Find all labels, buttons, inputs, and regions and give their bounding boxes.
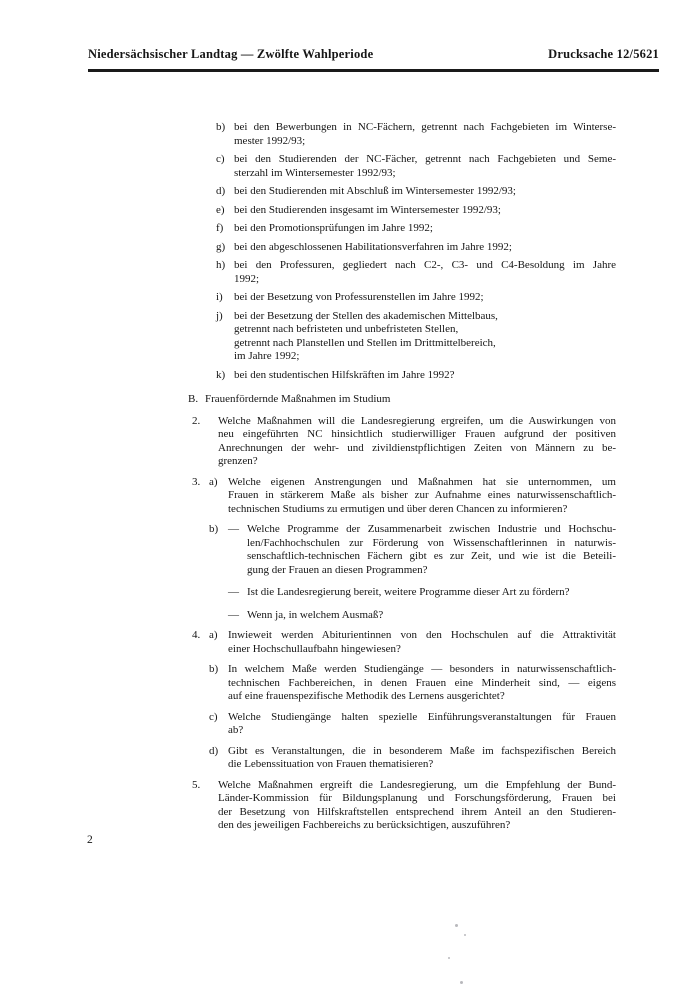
paragraph: bei der Besetzung von Professurenstellen… [234, 291, 616, 305]
question-item: 2.Welche Maßnahmen will die Landesregier… [192, 415, 616, 469]
text-line: Welche eigenen Anstrengungen und Maßnahm… [228, 476, 616, 490]
text-line: In welchem Maße werden Studiengänge — be… [228, 663, 616, 677]
header-left-title: Niedersächsischer Landtag — Zwölfte Wahl… [88, 47, 373, 62]
item-label: h) [216, 259, 234, 286]
question-number [192, 523, 209, 622]
text-line: Länder-Kommission für Bildungsplanung un… [218, 792, 616, 806]
document-page: Niedersächsischer Landtag — Zwölfte Wahl… [0, 0, 700, 990]
text-line: getrennt nach Planstellen und Stellen im… [234, 337, 616, 351]
paragraph: bei den studentischen Hilfskräften im Ja… [234, 369, 616, 383]
paragraph: bei den Promotionsprüfungen im Jahre 199… [234, 222, 616, 236]
question-subitem: d)Gibt es Veranstaltungen, die in besond… [192, 745, 616, 772]
paragraph: bei den Studierenden der NC-Fächer, getr… [234, 153, 616, 180]
dash-item: —Welche Programme der Zusammenarbeit zwi… [228, 523, 616, 577]
question-number: 5. [192, 779, 218, 833]
text-line: 1992; [234, 273, 616, 287]
paragraph: bei den Bewerbungen in NC-Fächern, getre… [234, 121, 616, 148]
paragraph: Inwieweit werden Abiturientinnen von den… [228, 629, 616, 656]
text-line: len/Fachhochschulen zur Förderung von Wi… [247, 537, 616, 551]
text-line: Wenn ja, in welchem Ausmaß? [247, 609, 616, 623]
text-line: bei den studentischen Hilfskräften im Ja… [234, 369, 616, 383]
item-label: j) [216, 310, 234, 364]
lettered-item: j)bei der Besetzung der Stellen des akad… [216, 310, 616, 364]
question-number [192, 745, 209, 772]
dash-list: —Welche Programme der Zusammenarbeit zwi… [228, 523, 616, 622]
text-line: Ist die Landesregierung bereit, weitere … [247, 586, 616, 600]
lettered-item: k)bei den studentischen Hilfskräften im … [216, 369, 616, 383]
lettered-list: b)bei den Bewerbungen in NC-Fächern, get… [188, 121, 616, 382]
question-subitem: b)In welchem Maße werden Studiengänge — … [192, 663, 616, 704]
question-subitem: 4.a)Inwieweit werden Abiturientinnen von… [192, 629, 616, 656]
paragraph: Gibt es Veranstaltungen, die in besonder… [228, 745, 616, 772]
dash-glyph: — [228, 609, 247, 623]
question-subitem: b)—Welche Programme der Zusammenarbeit z… [192, 523, 616, 622]
question-number: 4. [192, 629, 209, 656]
paragraph: Welche Maßnahmen will die Landesregierun… [218, 415, 616, 469]
question-subitem: 3.a)Welche eigenen Anstrengungen und Maß… [192, 476, 616, 517]
question-number: 3. [192, 476, 209, 517]
paragraph: Welche Studiengänge halten spezielle Ein… [228, 711, 616, 738]
dash-glyph: — [228, 523, 247, 577]
text-line: gung der Frauen an diesen Programmen? [247, 564, 616, 578]
text-line: bei der Besetzung der Stellen des akadem… [234, 310, 616, 324]
scan-artifact [464, 934, 466, 936]
text-line: bei den abgeschlossenen Habilitationsver… [234, 241, 616, 255]
question-subitem: c)Welche Studiengänge halten spezielle E… [192, 711, 616, 738]
text-line: senschaftlich-technischen Fächern gibt e… [247, 550, 616, 564]
subitem-label: d) [209, 745, 228, 772]
text-line: grenzen? [218, 455, 616, 469]
text-line: technischen Fachbereichen, in denen Frau… [228, 677, 616, 691]
text-line: Welche Programme der Zusammenarbeit zwis… [247, 523, 616, 537]
text-line: technischen Studiums zu ermutigen und üb… [228, 503, 616, 517]
dash-item: —Wenn ja, in welchem Ausmaß? [228, 609, 616, 623]
text-line: bei den Studierenden der NC-Fächer, getr… [234, 153, 616, 167]
text-line: bei der Besetzung von Professurenstellen… [234, 291, 616, 305]
text-line: bei den Bewerbungen in NC-Fächern, getre… [234, 121, 616, 135]
text-line: Welche Maßnahmen ergreift die Landesregi… [218, 779, 616, 793]
text-line: mester 1992/93; [234, 135, 616, 149]
page-header: Niedersächsischer Landtag — Zwölfte Wahl… [88, 47, 659, 62]
text-line: Welche Studiengänge halten spezielle Ein… [228, 711, 616, 725]
paragraph: In welchem Maße werden Studiengänge — be… [228, 663, 616, 704]
header-right-docnumber: Drucksache 12/5621 [548, 47, 659, 62]
paragraph: Welche Maßnahmen ergreift die Landesregi… [218, 779, 616, 833]
text-line: Frauen in stärkerem Maße als bisher zur … [228, 489, 616, 503]
paragraph: bei den Professuren, gegliedert nach C2-… [234, 259, 616, 286]
item-label: d) [216, 185, 234, 199]
text-line: neu eingeführten NC hinsichtlich studier… [218, 428, 616, 442]
text-line: Inwieweit werden Abiturientinnen von den… [228, 629, 616, 643]
item-label: e) [216, 204, 234, 218]
paragraph: bei den abgeschlossenen Habilitationsver… [234, 241, 616, 255]
lettered-item: h)bei den Professuren, gegliedert nach C… [216, 259, 616, 286]
text-line: ab? [228, 724, 616, 738]
text-line: einer Hochschullaufbahn hingewiesen? [228, 643, 616, 657]
text-line: bei den Studierenden insgesamt im Winter… [234, 204, 616, 218]
item-label: b) [216, 121, 234, 148]
scan-artifact [448, 957, 450, 959]
text-line: die Lebenssituation von Frauen thematisi… [228, 758, 616, 772]
text-line: Welche Maßnahmen will die Landesregierun… [218, 415, 616, 429]
question-list: 2.Welche Maßnahmen will die Landesregier… [188, 415, 616, 833]
scan-artifact [455, 924, 458, 927]
text-line: bei den Studierenden mit Abschluß im Win… [234, 185, 616, 199]
section-b-heading: B. Frauenfördernde Maßnahmen im Studium [188, 393, 616, 407]
subitem-label: c) [209, 711, 228, 738]
paragraph: bei den Studierenden insgesamt im Winter… [234, 204, 616, 218]
paragraph: Welche eigenen Anstrengungen und Maßnahm… [228, 476, 616, 517]
section-b-title: Frauenfördernde Maßnahmen im Studium [205, 393, 390, 407]
lettered-item: g)bei den abgeschlossenen Habilitationsv… [216, 241, 616, 255]
item-label: k) [216, 369, 234, 383]
text-line: den des jeweiligen Fachbereichs zu berüc… [218, 819, 616, 833]
item-label: c) [216, 153, 234, 180]
question-number [192, 711, 209, 738]
text-line: bei den Promotionsprüfungen im Jahre 199… [234, 222, 616, 236]
question-item: 5.Welche Maßnahmen ergreift die Landesre… [192, 779, 616, 833]
paragraph: Ist die Landesregierung bereit, weitere … [247, 586, 616, 600]
text-line: der Besetzung von Hilfskraftstellen ents… [218, 806, 616, 820]
question-number [192, 663, 209, 704]
header-rule [88, 69, 659, 72]
lettered-item: e)bei den Studierenden insgesamt im Wint… [216, 204, 616, 218]
section-b-label: B. [188, 393, 205, 407]
text-line: getrennt nach befristeten und unbefriste… [234, 323, 616, 337]
text-line: bei den Professuren, gegliedert nach C2-… [234, 259, 616, 273]
page-number: 2 [87, 834, 93, 846]
text-line: auf eine frauenspezifische Methodik des … [228, 690, 616, 704]
lettered-item: d)bei den Studierenden mit Abschluß im W… [216, 185, 616, 199]
paragraph: bei den Studierenden mit Abschluß im Win… [234, 185, 616, 199]
subitem-label: a) [209, 629, 228, 656]
text-line: Gibt es Veranstaltungen, die in besonder… [228, 745, 616, 759]
lettered-item: c)bei den Studierenden der NC-Fächer, ge… [216, 153, 616, 180]
item-label: f) [216, 222, 234, 236]
question-number: 2. [192, 415, 218, 469]
subitem-label: b) [209, 663, 228, 704]
item-label: g) [216, 241, 234, 255]
text-line: im Jahre 1992; [234, 350, 616, 364]
paragraph: Welche Programme der Zusammenarbeit zwis… [247, 523, 616, 577]
lettered-item: i)bei der Besetzung von Professurenstell… [216, 291, 616, 305]
dash-glyph: — [228, 586, 247, 600]
item-label: i) [216, 291, 234, 305]
paragraph: bei der Besetzung der Stellen des akadem… [234, 310, 616, 364]
subitem-label: b) [209, 523, 228, 622]
document-content: b)bei den Bewerbungen in NC-Fächern, get… [188, 121, 616, 840]
text-line: Anrechnungen der wehr- und zivildienstpf… [218, 442, 616, 456]
text-line: sterzahl im Wintersemester 1992/93; [234, 167, 616, 181]
subitem-label: a) [209, 476, 228, 517]
paragraph: Wenn ja, in welchem Ausmaß? [247, 609, 616, 623]
lettered-item: b)bei den Bewerbungen in NC-Fächern, get… [216, 121, 616, 148]
lettered-item: f)bei den Promotionsprüfungen im Jahre 1… [216, 222, 616, 236]
dash-item: —Ist die Landesregierung bereit, weitere… [228, 586, 616, 600]
scan-artifact [460, 981, 463, 984]
